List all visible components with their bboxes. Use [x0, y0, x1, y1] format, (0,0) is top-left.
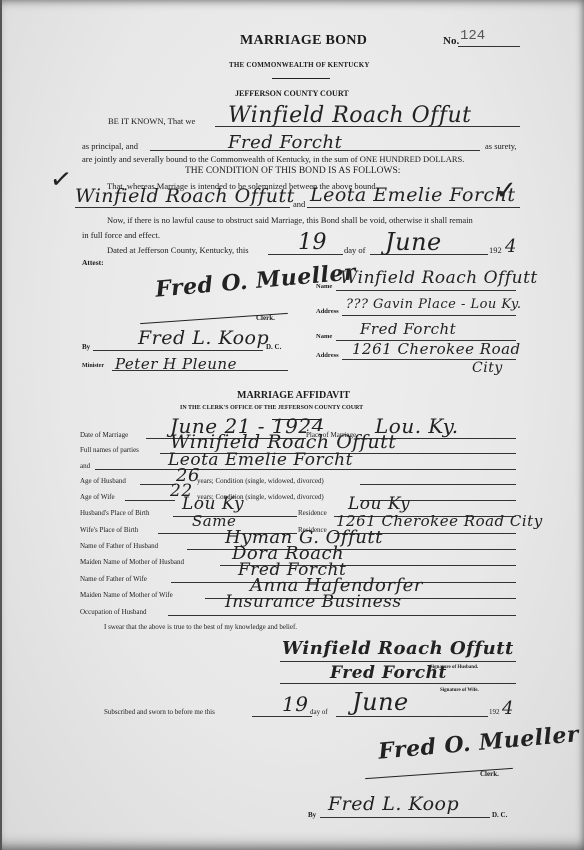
husband-signature: Winfield Roach Offutt	[282, 638, 514, 659]
address-label-2: Address	[316, 352, 339, 359]
occupation-label: Occupation of Husband	[80, 608, 146, 616]
heading-divider	[272, 78, 330, 79]
minister-label: Minister	[82, 363, 104, 369]
principal-name: Winfield Roach Offut	[228, 103, 471, 128]
father-husband-label: Name of Father of Husband	[80, 542, 158, 550]
affidavit-clerk-signature: Fred O. Mueller	[377, 721, 580, 764]
dated-month: June	[385, 228, 442, 256]
year-prefix: 192	[489, 245, 502, 255]
affidavit-subtitle: IN THE CLERK'S OFFICE OF THE JEFFERSON C…	[180, 405, 363, 411]
wife-birth-label: Wife's Place of Birth	[80, 526, 138, 534]
subscribed-month: June	[352, 688, 409, 716]
be-it-known-label: BE IT KNOWN, That we	[108, 116, 195, 126]
attest-label: Attest:	[82, 258, 104, 267]
clerk-label: Clerk.	[256, 314, 275, 322]
groom-name: Winfield Roach Offutt	[75, 185, 295, 207]
condition-heading: THE CONDITION OF THIS BOND IS AS FOLLOWS…	[185, 166, 400, 176]
bond-number: 124	[460, 28, 485, 44]
subscribed-year-prefix: 192	[489, 708, 500, 716]
mother-wife-label: Maiden Name of Mother of Wife	[80, 591, 173, 599]
name-1: Winfield Roach Offutt	[340, 268, 538, 288]
name-label-2: Name	[316, 333, 332, 340]
father-wife-label: Name of Father of Wife	[80, 575, 147, 583]
age-wife-line	[125, 500, 175, 501]
address-line-1	[342, 315, 516, 316]
name-line-1	[336, 290, 516, 291]
court-heading: JEFFERSON COUNTY COURT	[235, 89, 349, 98]
bond-number-label: No.	[443, 35, 459, 47]
bond-title: MARRIAGE BOND	[240, 33, 367, 49]
subscribed-year-suffix: 4	[502, 698, 514, 719]
name-2: Fred Forcht	[360, 320, 456, 338]
subscribed-day-line	[252, 716, 312, 717]
address-2: 1261 Cherokee Road	[352, 340, 521, 358]
age-husband-label: Age of Husband	[80, 477, 126, 485]
husband-residence: Lou Ky	[348, 494, 410, 514]
husband-residence-label: Residence	[298, 509, 327, 517]
husband-birth-label: Husband's Place of Birth	[80, 509, 150, 517]
affidavit-by-label: By	[308, 811, 316, 819]
minister-name: Peter H Pleune	[115, 355, 237, 373]
and-label-affidavit: and	[80, 462, 90, 470]
checkmark-left-icon: ✓	[48, 164, 74, 197]
full-force-text: in full force and effect.	[82, 230, 160, 240]
subscribed-month-line	[336, 716, 488, 717]
full-names-label: Full names of parties	[80, 446, 139, 454]
subscribed-text: Subscribed and sworn to before me this	[104, 708, 215, 716]
mother-husband-label: Maiden Name of Mother of Husband	[80, 558, 184, 566]
clerk-signature: Fred O. Mueller	[154, 259, 357, 302]
marriage-record-page: MARRIAGE BOND No. 124 THE COMMONWEALTH O…	[0, 0, 584, 850]
bond-number-line	[458, 46, 520, 47]
by-label: By	[82, 343, 90, 351]
date-of-marriage-label: Date of Marriage	[80, 431, 128, 439]
subscribed-day-of: day of	[310, 708, 328, 716]
dated-day: 19	[298, 230, 327, 255]
now-if-text: Now, if there is no lawful cause to obst…	[107, 215, 473, 225]
wife-signature-line	[280, 683, 516, 684]
address-2-city: City	[472, 360, 503, 376]
husband-signature-line	[280, 661, 516, 662]
affidavit-dc-label: D. C.	[492, 811, 507, 819]
address-label-1: Address	[316, 308, 339, 315]
as-surety-label: as surety,	[485, 141, 517, 151]
day-of-label: day of	[344, 245, 365, 255]
wife-signature-label: Signature of Wife.	[440, 688, 479, 693]
bound-text: are jointly and severally bound to the C…	[82, 154, 522, 164]
dated-text: Dated at Jefferson County, Kentucky, thi…	[107, 245, 249, 255]
subscribed-day: 19	[282, 692, 308, 716]
affidavit-deputy-signature: Fred L. Koop	[328, 793, 459, 815]
occupation-line	[168, 615, 516, 616]
checkmark-right-icon: ✓	[495, 176, 517, 206]
bride-name: Leota Emelie Forcht	[310, 184, 516, 206]
husband-condition-text: years; Condition (single, widowed, divor…	[197, 477, 324, 485]
by-line	[93, 350, 263, 351]
as-principal-label: as principal, and	[82, 141, 138, 151]
husband-birth: Lou Ky	[182, 494, 244, 514]
bride-line	[307, 207, 520, 208]
name-label-1: Name	[316, 283, 332, 290]
dc-label: D. C.	[266, 343, 281, 351]
age-wife-label: Age of Wife	[80, 493, 115, 501]
husband-condition-line	[360, 484, 516, 485]
groom-line	[75, 207, 290, 208]
affidavit-clerk-label: Clerk.	[480, 770, 499, 778]
and-label: and	[293, 199, 305, 209]
deputy-signature: Fred L. Koop	[138, 327, 269, 349]
year-suffix: 4	[505, 236, 517, 257]
commonwealth-heading: THE COMMONWEALTH OF KENTUCKY	[229, 61, 370, 69]
surety-name: Fred Forcht	[228, 132, 342, 153]
wife-signature: Fred Forcht	[330, 663, 447, 683]
swear-text: I swear that the above is true to the be…	[104, 623, 297, 631]
address-1: ??? Gavin Place - Lou Ky.	[346, 297, 522, 312]
affidavit-title: MARRIAGE AFFIDAVIT	[237, 390, 350, 401]
occupation: Insurance Business	[225, 592, 402, 612]
affidavit-by-line	[320, 817, 490, 818]
